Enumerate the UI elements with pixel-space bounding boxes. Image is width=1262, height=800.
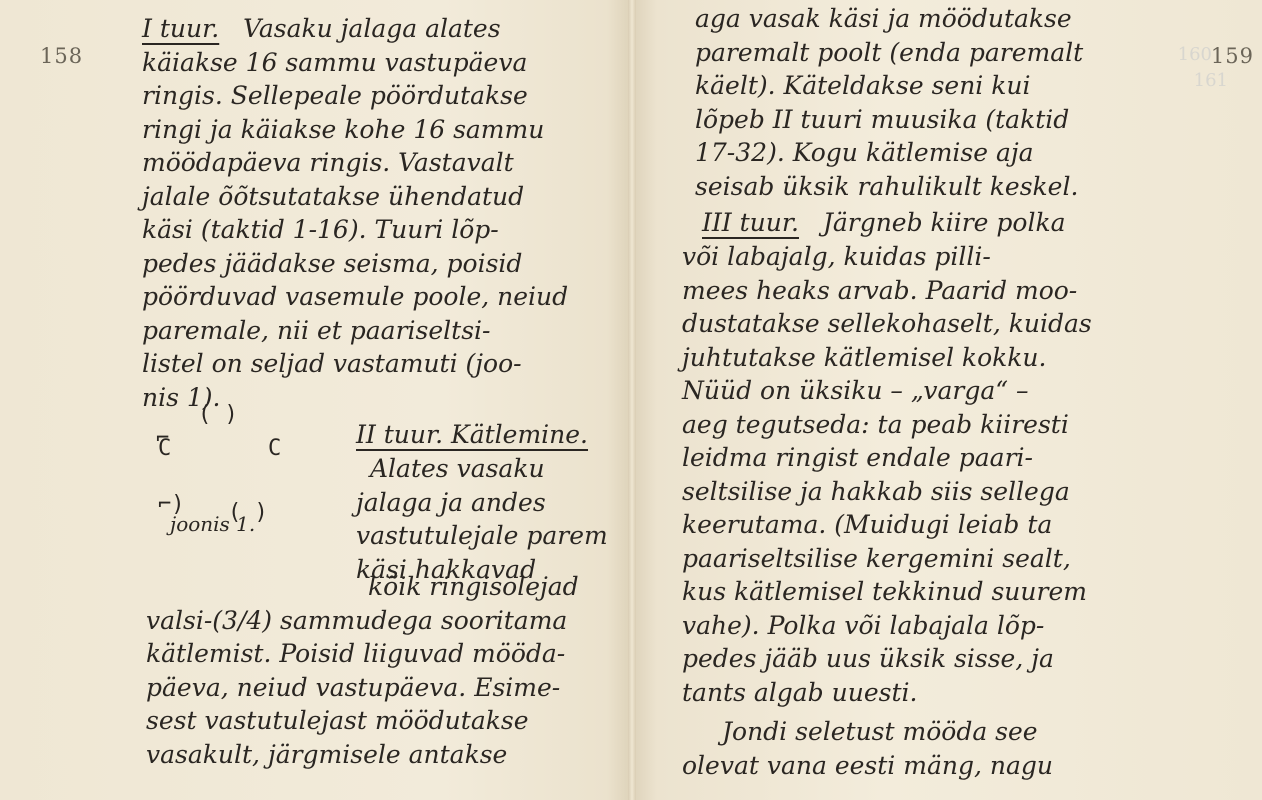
text-line: vastutulejale parem — [356, 519, 608, 553]
text-line: vasakult, järgmisele antakse — [146, 738, 579, 772]
text-line: dustatakse sellekohaselt, kuidas — [682, 307, 1092, 341]
text-line: käelt). Käteldakse seni kui — [695, 69, 1083, 103]
text-line: pedes jäädakse seisma, poisid — [142, 247, 568, 281]
page-number-left: 158 — [40, 44, 83, 68]
text-line: jalaga ja andes — [356, 486, 608, 520]
figure-glyph: C — [158, 436, 171, 461]
section-heading-2: II tuur. Kätlemine. — [356, 418, 588, 452]
bleed-through-number: 161 — [1194, 70, 1228, 91]
left-lower-text: kõik ringisolejad valsi-(3/4) sammudega … — [146, 620, 579, 771]
text-line: kus kätlemisel tekkinud suurem — [682, 575, 1092, 609]
section-2-heading-block: II tuur. Kätlemine. — [356, 418, 588, 452]
figure-glyph: ( ) — [198, 402, 238, 427]
text-line: ringi ja käiakse kohe 16 sammu — [142, 113, 568, 147]
section-3-body: või labajalg, kuidas pilli- mees heaks a… — [682, 240, 1092, 782]
notebook-spread: 158 I tuur. Vasaku jalaga alates käiakse… — [0, 0, 1262, 800]
right-page-top-text: aga vasak käsi ja möödutakse paremalt po… — [695, 2, 1083, 203]
text-line: aga vasak käsi ja möödutakse — [695, 2, 1083, 36]
text-line: jalale õõtsutatakse ühendatud — [142, 180, 568, 214]
text-line: sest vastutulejast möödutakse — [146, 704, 579, 738]
page-number-right: 159 — [1211, 44, 1254, 68]
text-line: pöörduvad vasemule poole, neiud — [142, 280, 568, 314]
text-line: ringis. Sellepeale pöördutakse — [142, 79, 568, 113]
text-line: Nüüd on üksiku – „varga“ – — [682, 374, 1092, 408]
text-line: seltsilise ja hakkab siis sellega — [682, 475, 1092, 509]
text-line: listel on seljad vastamuti (joo- — [142, 347, 568, 381]
bleed-through-number: 160 — [1178, 44, 1212, 65]
text-line: mees heaks arvab. Paarid moo- — [682, 274, 1092, 308]
text-line: paremale, nii et paariseltsi- — [142, 314, 568, 348]
text-line: III tuur. Järgneb kiire polka — [686, 206, 1066, 240]
text-line: paariseltsilise kergemini sealt, — [682, 542, 1092, 576]
text-line: olevat vana eesti mäng, nagu — [682, 749, 1092, 783]
section-heading-1: I tuur. — [142, 14, 219, 43]
figure-glyph: C — [268, 436, 281, 461]
text-line: juhtutakse kätlemisel kokku. — [682, 341, 1092, 375]
section-heading-3: III tuur. — [702, 208, 799, 237]
text-fragment: Järgneb kiire polka — [823, 208, 1066, 237]
text-line: aeg tegutseda: ta peab kiiresti — [682, 408, 1092, 442]
text-line: lõpeb II tuuri muusika (taktid — [695, 103, 1083, 137]
text-line: paremalt poolt (enda paremalt — [695, 36, 1083, 70]
text-line: tants algab uuesti. — [682, 676, 1092, 710]
section-3-heading-line: III tuur. Järgneb kiire polka — [686, 206, 1066, 240]
text-line: vahe). Polka või labajala lõp- — [682, 609, 1092, 643]
text-line: möödapäeva ringis. Vastavalt — [142, 146, 568, 180]
text-line: seisab üksik rahulikult keskel. — [695, 170, 1083, 204]
text-line: kõik ringisolejad — [146, 570, 579, 604]
text-line: I tuur. Vasaku jalaga alates — [142, 12, 568, 46]
text-line: pedes jääb uus üksik sisse, ja — [682, 642, 1092, 676]
text-line: päeva, neiud vastupäeva. Esime- — [146, 671, 579, 705]
text-line: 17-32). Kogu kätlemise aja — [695, 136, 1083, 170]
text-line: kätlemist. Poisid liiguvad mööda- — [146, 637, 579, 671]
text-line: keerutama. (Muidugi leiab ta — [682, 508, 1092, 542]
figure-caption: joonis 1. — [170, 512, 255, 536]
text-line: või labajalg, kuidas pilli- — [682, 240, 1092, 274]
section-2-body: Alates vasaku jalaga ja andes vastutulej… — [356, 452, 608, 586]
left-page-text: I tuur. Vasaku jalaga alates käiakse 16 … — [142, 12, 568, 414]
text-line: leidma ringist endale paari- — [682, 441, 1092, 475]
text-line: käsi (taktid 1-16). Tuuri lõp- — [142, 213, 568, 247]
text-line: Jondi seletust mööda see — [682, 715, 1092, 749]
text-line: käiakse 16 sammu vastupäeva — [142, 46, 568, 80]
book-gutter — [628, 0, 636, 800]
left-page: 158 I tuur. Vasaku jalaga alates käiakse… — [0, 0, 632, 800]
text-line: valsi-(3/4) sammudega sooritama — [146, 604, 579, 638]
text-line: Alates vasaku — [356, 452, 608, 486]
